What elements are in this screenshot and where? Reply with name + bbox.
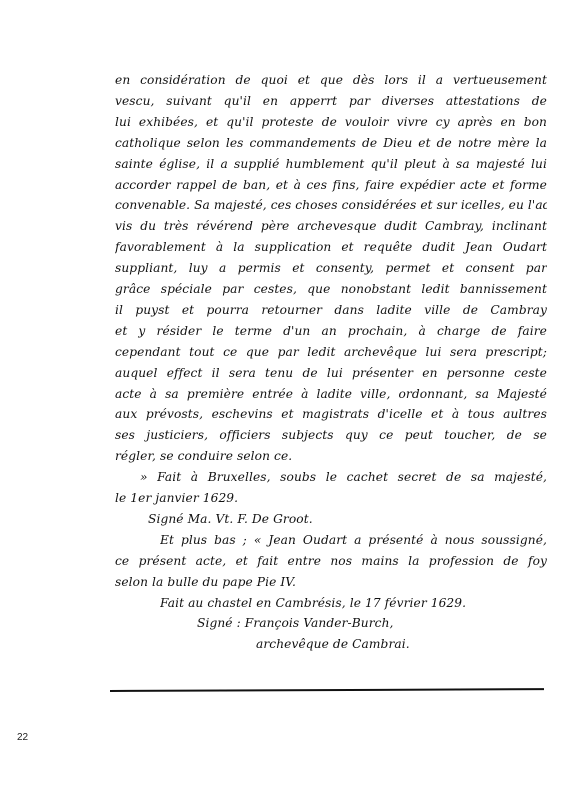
page-number: 22 (17, 732, 28, 743)
text-line: selon la bulle du pape Pie IV. (115, 570, 547, 594)
manuscript-page: en considération de quoi et que dès lors… (0, 0, 567, 800)
